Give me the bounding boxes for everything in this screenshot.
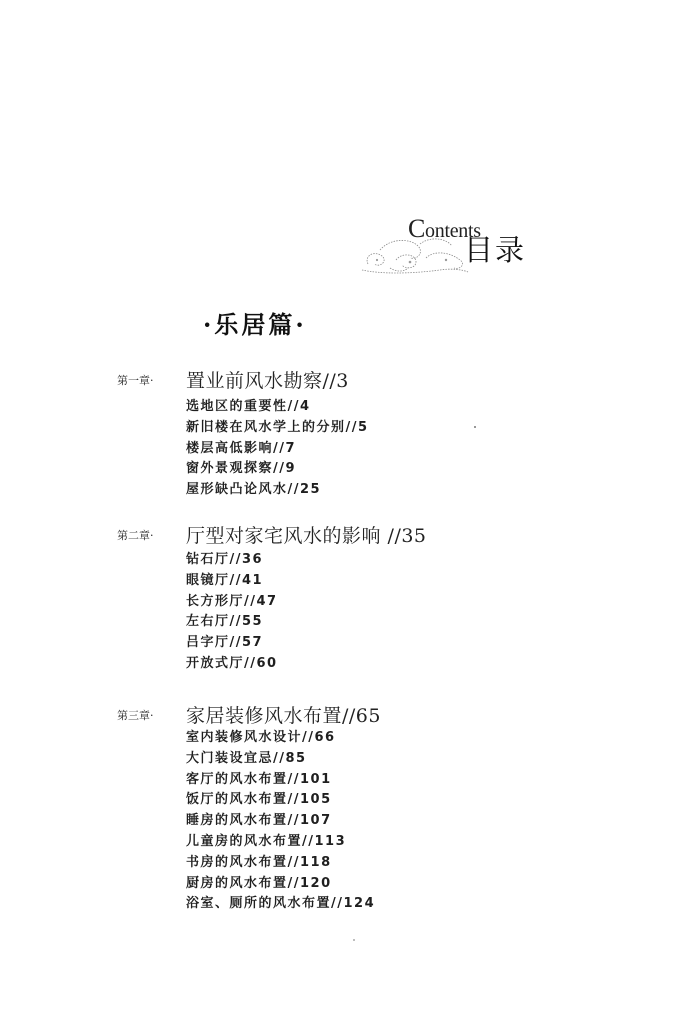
- toc-entry[interactable]: 左右厅//55: [186, 612, 278, 633]
- scan-speck: [474, 426, 476, 428]
- chapter-title[interactable]: 厅型对家宅风水的影响 //35: [186, 521, 427, 548]
- toc-title-cn: 目录: [464, 228, 526, 269]
- toc-entry[interactable]: 厨房的风水布置//120: [186, 874, 375, 895]
- toc-header: Contents 目录: [360, 212, 540, 272]
- toc-entry[interactable]: 楼层高低影响//7: [186, 439, 369, 460]
- toc-entry[interactable]: 选地区的重要性//4: [186, 397, 369, 418]
- toc-entry[interactable]: 睡房的风水布置//107: [186, 811, 375, 832]
- toc-entry[interactable]: 长方形厅//47: [186, 592, 278, 613]
- section-title: ·乐居篇·: [203, 305, 307, 340]
- chapter-label: 第一章·: [117, 372, 187, 388]
- toc-entry[interactable]: 客厅的风水布置//101: [186, 770, 375, 791]
- chapter-items: 室内装修风水设计//66 大门装设宜忌//85 客厅的风水布置//101 饭厅的…: [186, 728, 375, 915]
- toc-entry[interactable]: 书房的风水布置//118: [186, 853, 375, 874]
- chapter-title[interactable]: 家居装修风水布置//65: [186, 701, 381, 728]
- chapter-title[interactable]: 置业前风水勘察//3: [186, 366, 349, 393]
- scan-speck: [353, 939, 355, 941]
- toc-entry[interactable]: 室内装修风水设计//66: [186, 728, 375, 749]
- toc-entry[interactable]: 大门装设宜忌//85: [186, 749, 375, 770]
- chapter-items: 钻石厅//36 眼镜厅//41 长方形厅//47 左右厅//55 吕字厅//57…: [186, 550, 278, 675]
- toc-entry[interactable]: 屋形缺凸论风水//25: [186, 480, 369, 501]
- chapter-label: 第二章·: [117, 527, 187, 543]
- toc-entry[interactable]: 窗外景观探察//9: [186, 459, 369, 480]
- contents-initial: C: [408, 214, 425, 243]
- toc-entry[interactable]: 浴室、厕所的风水布置//124: [186, 894, 375, 915]
- toc-entry[interactable]: 眼镜厅//41: [186, 571, 278, 592]
- toc-entry[interactable]: 吕字厅//57: [186, 633, 278, 654]
- toc-entry[interactable]: 儿童房的风水布置//113: [186, 832, 375, 853]
- chapter-label: 第三章·: [117, 707, 187, 723]
- toc-entry[interactable]: 钻石厅//36: [186, 550, 278, 571]
- toc-entry[interactable]: 开放式厅//60: [186, 654, 278, 675]
- toc-entry[interactable]: 饭厅的风水布置//105: [186, 790, 375, 811]
- toc-entry[interactable]: 新旧楼在风水学上的分别//5: [186, 418, 369, 439]
- chapter-items: 选地区的重要性//4 新旧楼在风水学上的分别//5 楼层高低影响//7 窗外景观…: [186, 397, 369, 501]
